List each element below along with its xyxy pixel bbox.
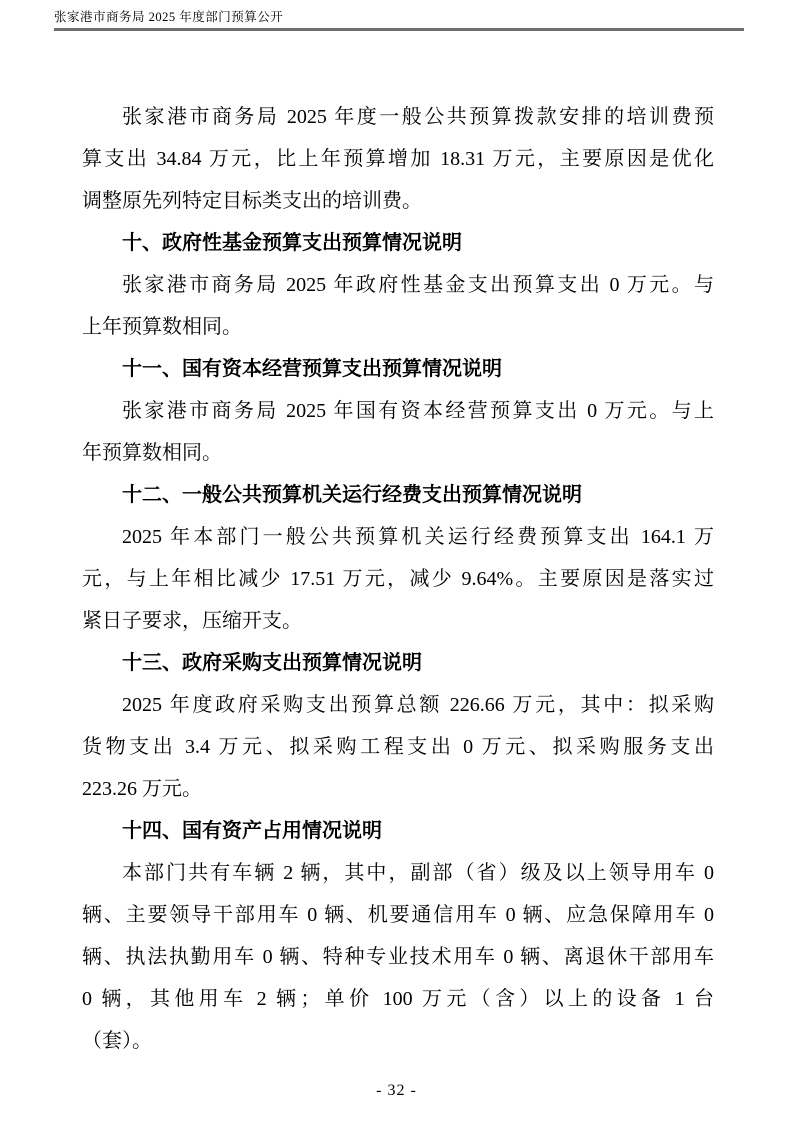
text-line: 算支出 34.84 万元，比上年预算增加 18.31 万元，主要原因是优化 — [82, 138, 714, 180]
page: 张家港市商务局 2025 年度部门预算公开 张家港市商务局 2025 年度一般公… — [0, 0, 793, 1122]
section-heading: 十、政府性基金预算支出预算情况说明 — [82, 222, 714, 264]
document-body: 张家港市商务局 2025 年度一般公共预算拨款安排的培训费预算支出 34.84 … — [82, 96, 714, 1062]
text-line: 0 辆，其他用车 2 辆；单价 100 万元（含）以上的设备 1 台 — [82, 978, 714, 1020]
text-line: 张家港市商务局 2025 年度一般公共预算拨款安排的培训费预 — [82, 96, 714, 138]
text-line: 调整原先列特定目标类支出的培训费。 — [82, 180, 714, 222]
text-line: 张家港市商务局 2025 年国有资本经营预算支出 0 万元。与上 — [82, 390, 714, 432]
text-line: 2025 年度政府采购支出预算总额 226.66 万元，其中：拟采购 — [82, 684, 714, 726]
text-line: 上年预算数相同。 — [82, 306, 714, 348]
paragraph: 2025 年本部门一般公共预算机关运行经费预算支出 164.1 万元，与上年相比… — [82, 516, 714, 642]
text-line: 年预算数相同。 — [82, 432, 714, 474]
text-line: 货物支出 3.4 万元、拟采购工程支出 0 万元、拟采购服务支出 — [82, 726, 714, 768]
paragraph: 张家港市商务局 2025 年国有资本经营预算支出 0 万元。与上年预算数相同。 — [82, 390, 714, 474]
page-number: - 32 - — [376, 1082, 417, 1099]
section-heading: 十三、政府采购支出预算情况说明 — [82, 642, 714, 684]
text-line: 辆、主要领导干部用车 0 辆、机要通信用车 0 辆、应急保障用车 0 — [82, 894, 714, 936]
text-line: 223.26 万元。 — [82, 768, 714, 810]
paragraph: 2025 年度政府采购支出预算总额 226.66 万元，其中：拟采购货物支出 3… — [82, 684, 714, 810]
page-footer: - 32 - — [0, 1081, 793, 1101]
section-heading: 十四、国有资产占用情况说明 — [82, 810, 714, 852]
header-title: 张家港市商务局 2025 年度部门预算公开 — [54, 10, 283, 24]
text-line: （套）。 — [82, 1020, 714, 1062]
text-line: 紧日子要求，压缩开支。 — [82, 600, 714, 642]
text-line: 2025 年本部门一般公共预算机关运行经费预算支出 164.1 万 — [82, 516, 714, 558]
page-header: 张家港市商务局 2025 年度部门预算公开 — [54, 10, 744, 31]
text-line: 本部门共有车辆 2 辆，其中，副部（省）级及以上领导用车 0 — [82, 852, 714, 894]
text-line: 辆、执法执勤用车 0 辆、特种专业技术用车 0 辆、离退休干部用车 — [82, 936, 714, 978]
text-line: 元，与上年相比减少 17.51 万元，减少 9.64%。主要原因是落实过 — [82, 558, 714, 600]
text-line: 张家港市商务局 2025 年政府性基金支出预算支出 0 万元。与 — [82, 264, 714, 306]
section-heading: 十二、一般公共预算机关运行经费支出预算情况说明 — [82, 474, 714, 516]
paragraph: 张家港市商务局 2025 年政府性基金支出预算支出 0 万元。与上年预算数相同。 — [82, 264, 714, 348]
section-heading: 十一、国有资本经营预算支出预算情况说明 — [82, 348, 714, 390]
paragraph: 张家港市商务局 2025 年度一般公共预算拨款安排的培训费预算支出 34.84 … — [82, 96, 714, 222]
paragraph: 本部门共有车辆 2 辆，其中，副部（省）级及以上领导用车 0辆、主要领导干部用车… — [82, 852, 714, 1062]
